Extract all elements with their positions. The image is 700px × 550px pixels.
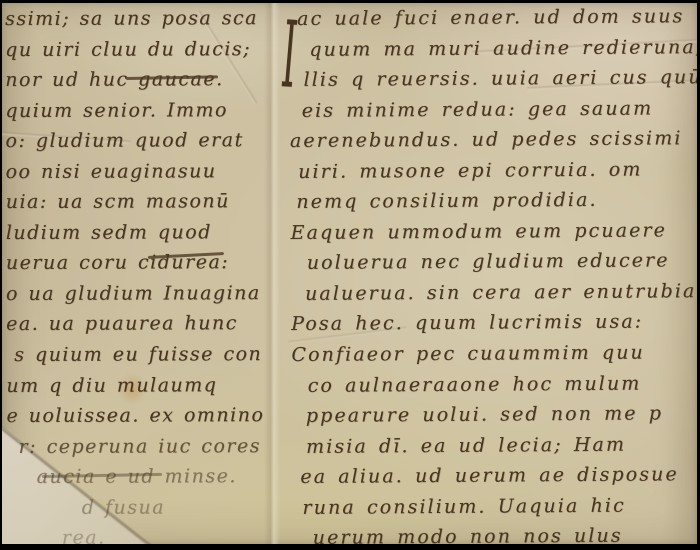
manuscript-line: quium senior. Immo	[5, 95, 263, 126]
parchment-page: ssimi; sa uns posa sca qu uiri cluu du d…	[2, 3, 697, 544]
manuscript-line: nemq consilium prodidia.	[290, 184, 697, 217]
manuscript-line-faded: rea.	[7, 522, 265, 544]
manuscript-line: Confiaeor pec cuaummim quu	[291, 337, 697, 370]
manuscript-line: ea aliua. ud uerum ae disposue	[292, 459, 697, 492]
manuscript-line: runa consilium. Uaquia hic	[292, 490, 697, 523]
manuscript-line: s quium eu fuisse con	[6, 339, 264, 370]
manuscript-line: quum ma muri audine redieruna;	[289, 32, 697, 65]
manuscript-line: uoluerua nec gludium educere	[291, 245, 697, 278]
manuscript-line: uerua coru cidurea:	[6, 247, 264, 278]
manuscript-line: ea. ua puaurea hunc	[6, 309, 264, 340]
manuscript-line: eis minime redua: gea sauam	[290, 93, 697, 126]
manuscript-line: aerenebundus. ud pedes scissimi	[290, 123, 697, 156]
manuscript-line: e uoluissea. ex omnino	[6, 400, 264, 431]
manuscript-line: o ua gludium Inuagina	[6, 278, 264, 309]
manuscript-line: qu uiri cluu du ducis;	[5, 34, 263, 65]
left-text-column: ssimi; sa uns posa sca qu uiri cluu du d…	[5, 3, 265, 544]
gutter-crease	[264, 3, 280, 544]
manuscript-line: ssimi; sa uns posa sca	[5, 3, 263, 34]
manuscript-line-faded: r: ceperuna iuc cores	[6, 431, 264, 462]
manuscript-line: oo nisi euaginasuu	[6, 156, 264, 187]
manuscript-line: ualuerua. sin cera aer enutrubia	[291, 276, 697, 309]
manuscript-line: misia dī. ea ud lecia; Ham	[292, 429, 697, 462]
manuscript-line: um q diu mulaumq	[6, 370, 264, 401]
manuscript-line: uiri. musone epi corruia. om	[290, 154, 697, 187]
manuscript-line: o: gludium quod erat	[5, 125, 263, 156]
manuscript-line-faded: d fusua	[7, 492, 265, 523]
manuscript-line: uerum modo non nos ulus	[293, 520, 697, 544]
manuscript-line: ac uale fuci enaer. ud dom suus	[289, 3, 697, 35]
manuscript-line: llis q reuersis. uuia aeri cus quū	[289, 62, 697, 95]
manuscript-photo-frame: ssimi; sa uns posa sca qu uiri cluu du d…	[0, 0, 700, 550]
right-text-column: ac uale fuci enaer. ud dom suus quum ma …	[289, 3, 697, 544]
manuscript-line: nor ud huc gaucae.	[5, 64, 263, 95]
manuscript-line: Posa hec. quum lucrimis usa:	[291, 307, 697, 340]
manuscript-line: co aulnaeraaone hoc mulum	[292, 368, 697, 401]
manuscript-line: ppearure uolui. sed non me p	[292, 398, 697, 431]
manuscript-line: uia: ua scm masonū	[6, 186, 264, 217]
manuscript-line: Eaquen ummodum eum pcuaere	[290, 215, 697, 248]
manuscript-line: ludium sedm quod	[6, 217, 264, 248]
